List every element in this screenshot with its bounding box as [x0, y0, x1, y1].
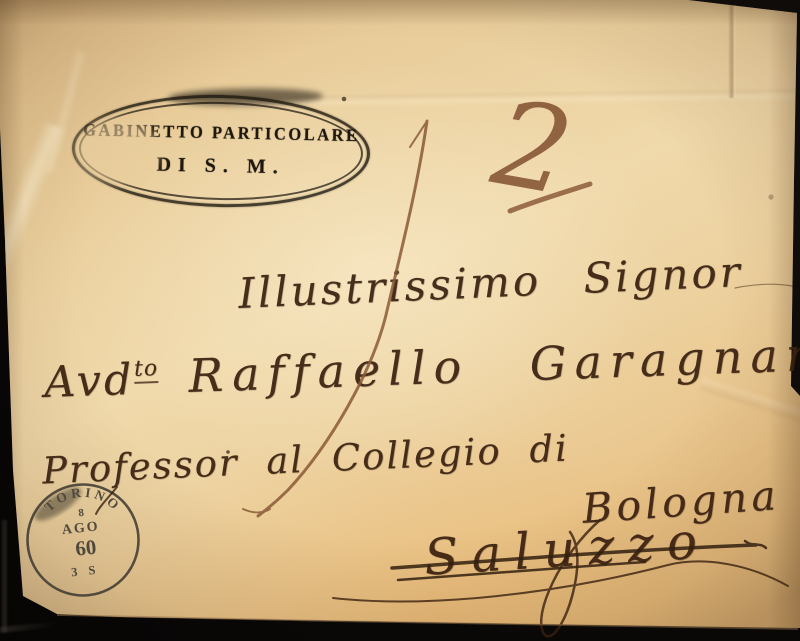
envelope-photo: GABINETTO PARTICOLARE DI S. M. TORINO 8 … [0, 0, 800, 641]
frame-corner-reflection [0, 621, 58, 633]
paper-crease-left-diagonal [0, 121, 67, 330]
paper-crease-bottom-right [699, 378, 800, 430]
addressee-title-superscript: to [134, 356, 159, 384]
paper-crease-right-vertical [728, 0, 737, 98]
addressee-title: Avd [43, 355, 135, 408]
cachet-stamp-oval: GABINETTO PARTICOLARE DI S. M. [71, 92, 371, 210]
frame-edge-reflection [2, 520, 7, 632]
